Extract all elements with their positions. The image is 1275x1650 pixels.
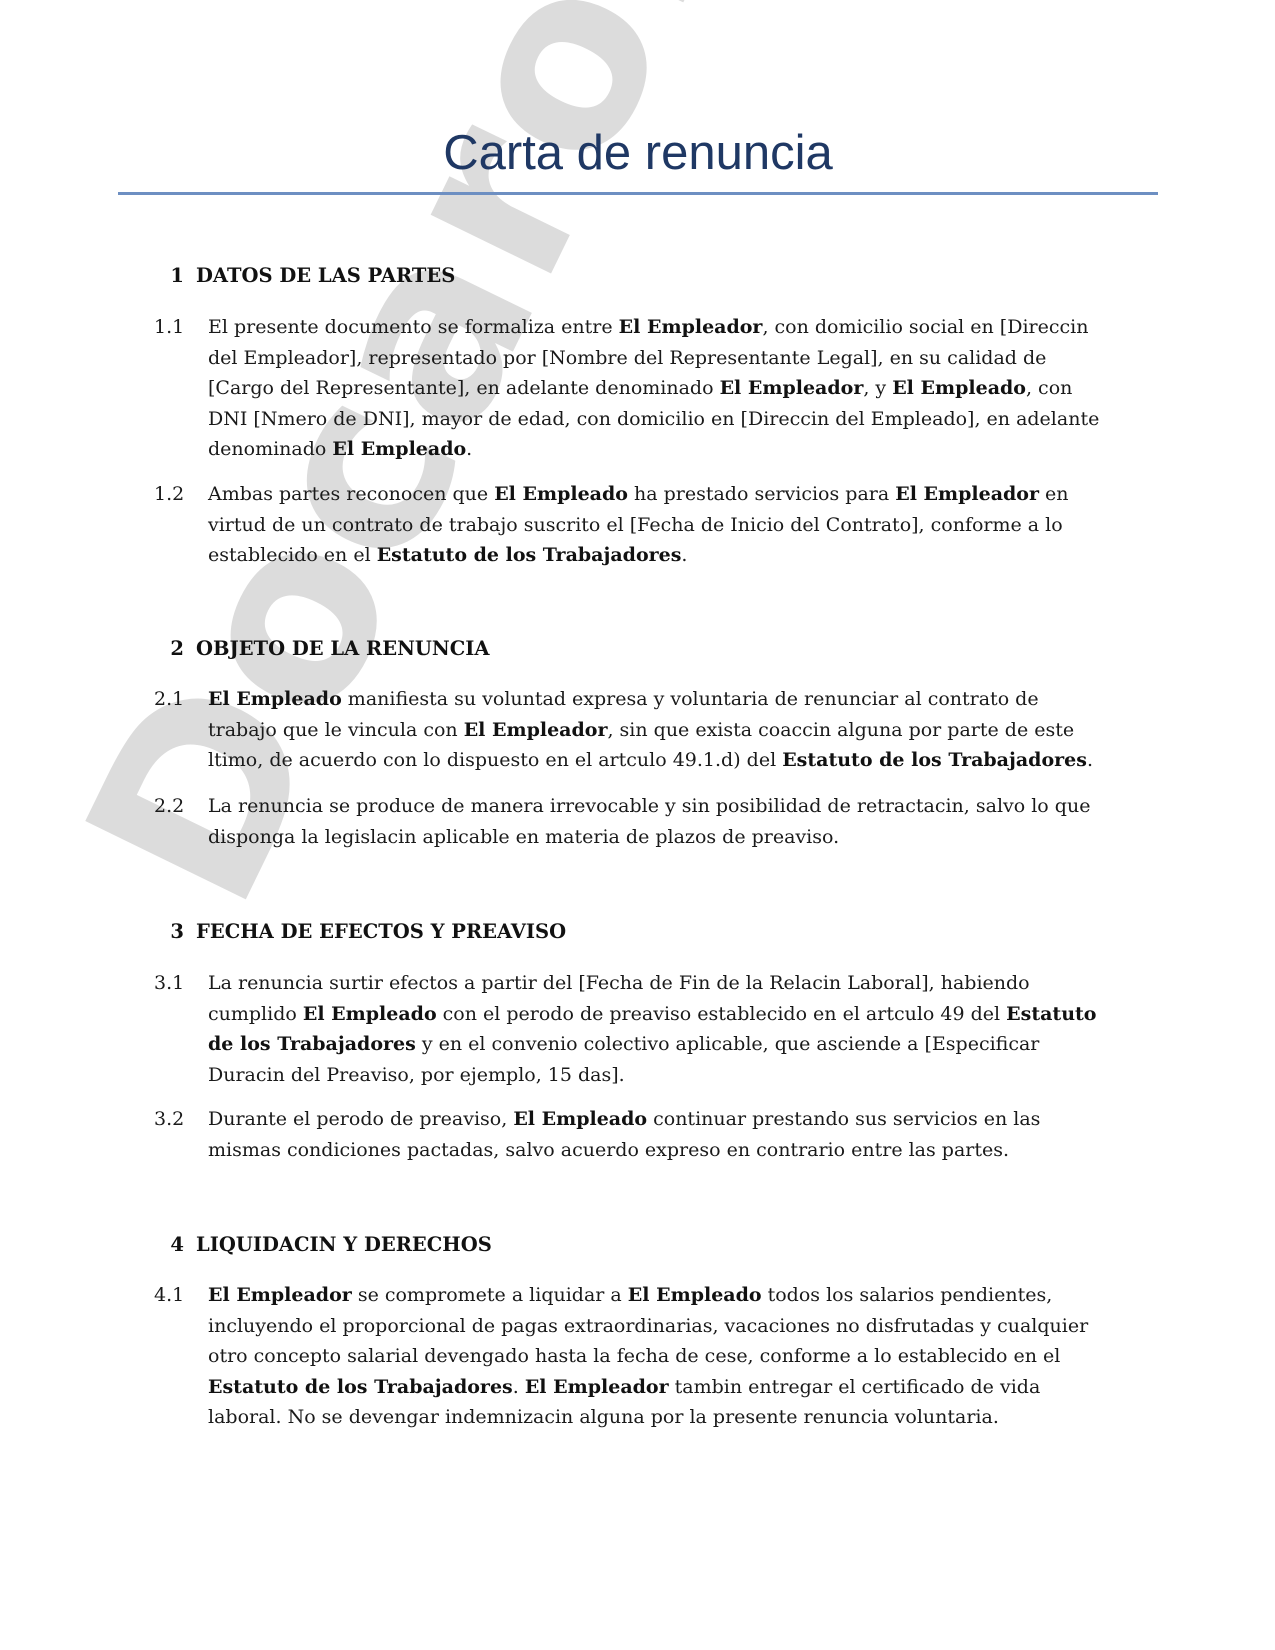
clause: 1.1 El presente documento se formaliza e… [140,312,1140,465]
clause-text: El Empleador se compromete a liquidar a … [208,1280,1108,1433]
clause-number: 3.1 [140,968,208,1090]
text-run: . [681,544,687,566]
clause-number: 1.2 [140,479,208,571]
clause-text: Durante el perodo de preaviso, El Emplea… [208,1104,1108,1165]
clause: 2.2 La renuncia se produce de manera irr… [140,791,1140,852]
text-run: con el perodo de preaviso establecido en… [437,1003,1007,1025]
defined-term: Estatuto de los Trabajadores [377,544,682,566]
text-run: . [1087,749,1093,771]
defined-term: El Empleador [525,1376,669,1398]
defined-term: El Empleado [332,438,466,460]
text-run: Ambas partes reconocen que [208,483,494,505]
clause: 2.1 El Empleado manifiesta su voluntad e… [140,684,1140,776]
section-number: 3 [150,920,196,943]
defined-term: El Empleador [720,377,864,399]
defined-term: El Empleador [208,1284,352,1306]
text-run: La renuncia se produce de manera irrevoc… [208,795,1090,848]
defined-term: El Empleador [619,316,763,338]
section-title: FECHA DE EFECTOS Y PREAVISO [196,920,566,943]
section-title: OBJETO DE LA RENUNCIA [196,637,490,660]
clause-number: 3.2 [140,1104,208,1165]
defined-term: El Empleador [464,719,608,741]
defined-term: El Empleado [208,688,342,710]
section-number: 2 [150,637,196,660]
title-divider [118,192,1158,195]
document-page: Docaro.ai Carta de renuncia 1DATOS DE LA… [0,0,1275,1650]
section-title: DATOS DE LAS PARTES [196,264,455,287]
text-run: . [513,1376,525,1398]
section-title: LIQUIDACIN Y DERECHOS [196,1233,492,1256]
clause-number: 2.1 [140,684,208,776]
section-heading: 1DATOS DE LAS PARTES [150,264,1150,287]
clause-text: El presente documento se formaliza entre… [208,312,1108,465]
clause-number: 4.1 [140,1280,208,1433]
section-number: 4 [150,1233,196,1256]
text-run: El presente documento se formaliza entre [208,316,619,338]
clause-number: 2.2 [140,791,208,852]
text-run: se compromete a liquidar a [352,1284,628,1306]
text-run: . [466,438,472,460]
clause-text: El Empleado manifiesta su voluntad expre… [208,684,1108,776]
section-heading: 4LIQUIDACIN Y DERECHOS [150,1233,1150,1256]
defined-term: El Empleado [494,483,628,505]
section-heading: 3FECHA DE EFECTOS Y PREAVISO [150,920,1150,943]
section-number: 1 [150,264,196,287]
clause-text: La renuncia se produce de manera irrevoc… [208,791,1108,852]
clause: 3.2 Durante el perodo de preaviso, El Em… [140,1104,1140,1165]
defined-term: Estatuto de los Trabajadores [208,1376,513,1398]
text-run: Durante el perodo de preaviso, [208,1108,513,1130]
clause: 4.1 El Empleador se compromete a liquida… [140,1280,1140,1433]
defined-term: El Empleado [513,1108,647,1130]
clause-text: Ambas partes reconocen que El Empleado h… [208,479,1108,571]
clause: 1.2 Ambas partes reconocen que El Emplea… [140,479,1140,571]
defined-term: El Empleado [628,1284,762,1306]
text-run: , y [863,377,892,399]
defined-term: El Empleado [303,1003,437,1025]
clause-text: La renuncia surtir efectos a partir del … [208,968,1108,1090]
clause-number: 1.1 [140,312,208,465]
defined-term: El Empleador [895,483,1039,505]
defined-term: El Empleado [892,377,1026,399]
section-heading: 2OBJETO DE LA RENUNCIA [150,637,1150,660]
clause: 3.1 La renuncia surtir efectos a partir … [140,968,1140,1090]
defined-term: Estatuto de los Trabajadores [782,749,1087,771]
text-run: ha prestado servicios para [628,483,895,505]
document-title: Carta de renuncia [118,118,1158,188]
